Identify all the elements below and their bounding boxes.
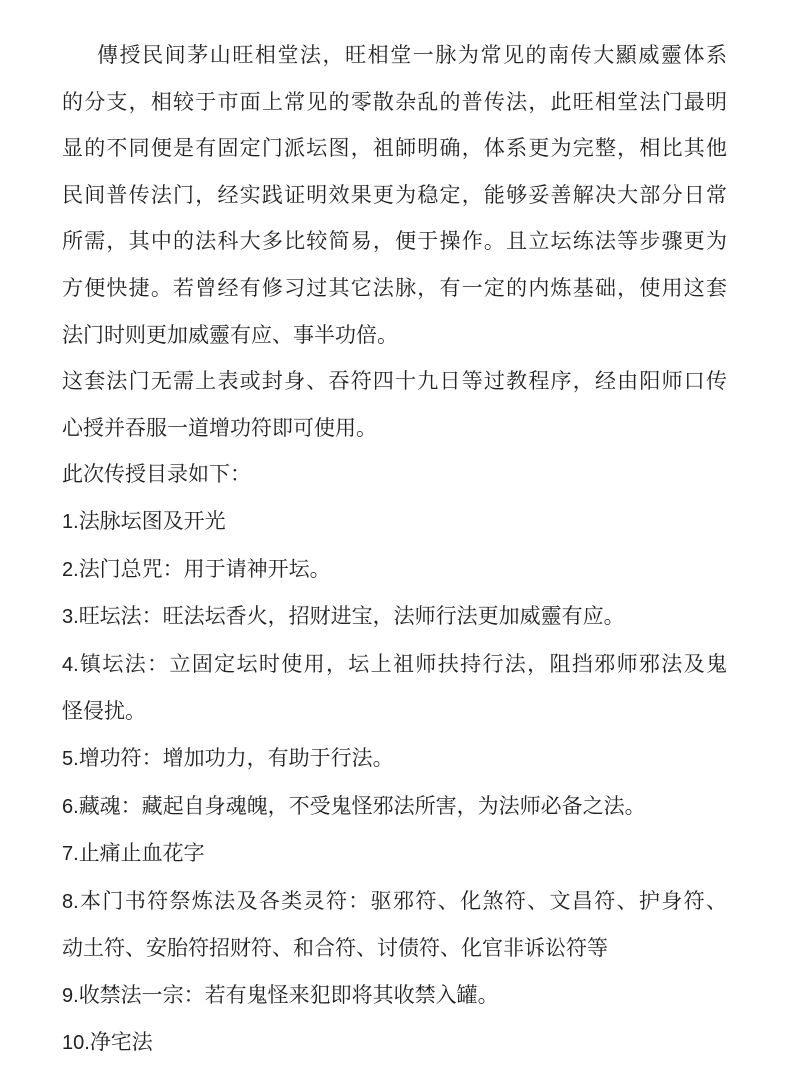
- catalog-item-8: 8.本门书符祭炼法及各类灵符：驱邪符、化煞符、文昌符、护身符、动土符、安胎符招财…: [62, 878, 727, 972]
- catalog-heading: 此次传授目录如下：: [62, 451, 727, 498]
- text-run: 增功符：增加功力，有助于行法。: [79, 746, 394, 770]
- text-line: 傳授民间茅山旺相堂法，旺相堂一脉为常见的南传大顯威靈体系: [62, 32, 727, 79]
- text-line: 法门时则更加威靈有应、事半功倍。: [62, 312, 727, 359]
- text-line: 动土符、安胎符招财符、和合符、讨债符、化官非诉讼符等: [62, 925, 727, 972]
- text-line: 2.法门总咒：用于请神开坛。: [62, 546, 727, 594]
- item-number: 3.: [62, 606, 79, 628]
- catalog-item-9: 9.收禁法一宗：若有鬼怪来犯即将其收禁入罐。: [62, 972, 727, 1020]
- text-run: 止痛止血花字: [79, 841, 205, 865]
- text-run: 旺坛法：旺法坛香火，招财进宝，法师行法更加威靈有应。: [79, 604, 625, 628]
- text-line: 3.旺坛法：旺法坛香火，招财进宝，法师行法更加威靈有应。: [62, 593, 727, 641]
- intro-paragraph: 傳授民间茅山旺相堂法，旺相堂一脉为常见的南传大顯威靈体系的分支，相较于市面上常见…: [62, 32, 727, 358]
- text-line: 8.本门书符祭炼法及各类灵符：驱邪符、化煞符、文昌符、护身符、: [62, 878, 727, 926]
- text-run: 藏魂：藏起自身魂魄，不受鬼怪邪法所害，为法师必备之法。: [79, 794, 646, 818]
- text-line: 方便快捷。若曾经有修习过其它法脉，有一定的内炼基础，使用这套: [62, 265, 727, 312]
- text-run: 怪侵扰。: [62, 699, 146, 723]
- text-run: 民间普传法门，经实践证明效果更为稳定，能够妥善解决大部分日常: [62, 183, 727, 207]
- catalog-item-10: 10.净宅法: [62, 1019, 727, 1067]
- text-line: 1.法脉坛图及开光: [62, 498, 727, 546]
- catalog-item-4: 4.镇坛法：立固定坛时使用，坛上祖师扶持行法，阻挡邪师邪法及鬼怪侵扰。: [62, 641, 727, 735]
- text-run: 镇坛法：立固定坛时使用，坛上祖师扶持行法，阻挡邪师邪法及鬼: [79, 652, 727, 676]
- text-run: 本门书符祭炼法及各类灵符：驱邪符、化煞符、文昌符、护身符、: [79, 889, 727, 913]
- catalog-item-6: 6.藏魂：藏起自身魂魄，不受鬼怪邪法所害，为法师必备之法。: [62, 783, 727, 831]
- text-run: 法脉坛图及开光: [79, 509, 226, 533]
- item-number: 5.: [62, 748, 79, 770]
- text-line: 显的不同便是有固定门派坛图，祖師明确，体系更为完整，相比其他: [62, 125, 727, 172]
- text-line: 此次传授目录如下：: [62, 451, 727, 498]
- catalog-item-7: 7.止痛止血花字: [62, 830, 727, 878]
- item-number: 4.: [62, 654, 79, 676]
- catalog-item-2: 2.法门总咒：用于请神开坛。: [62, 546, 727, 594]
- text-run: 净宅法: [90, 1030, 153, 1054]
- item-number: 7.: [62, 843, 79, 865]
- catalog-item-5: 5.增功符：增加功力，有助于行法。: [62, 735, 727, 783]
- text-run: 傳授民间茅山旺相堂法，旺相堂一脉为常见的南传大顯威靈体系: [97, 43, 727, 67]
- item-number: 1.: [62, 511, 79, 533]
- text-run: 方便快捷。若曾经有修习过其它法脉，有一定的内炼基础，使用这套: [62, 276, 727, 300]
- text-line: 的分支，相较于市面上常见的零散杂乱的普传法，此旺相堂法门最明: [62, 79, 727, 126]
- item-number: 2.: [62, 559, 79, 581]
- catalog-item-3: 3.旺坛法：旺法坛香火，招财进宝，法师行法更加威靈有应。: [62, 593, 727, 641]
- text-line: 7.止痛止血花字: [62, 830, 727, 878]
- transmission-paragraph: 这套法门无需上表或封身、吞符四十九日等过教程序，经由阳师口传心授并吞服一道增功符…: [62, 358, 727, 451]
- text-run: 所需，其中的法科大多比较简易，便于操作。且立坛练法等步骤更为: [62, 229, 727, 253]
- text-run: 这套法门无需上表或封身、吞符四十九日等过教程序，经由阳师口传: [62, 369, 727, 393]
- text-run: 心授并吞服一道增功符即可使用。: [62, 416, 377, 440]
- text-line: 4.镇坛法：立固定坛时使用，坛上祖师扶持行法，阻挡邪师邪法及鬼: [62, 641, 727, 689]
- text-line: 怪侵扰。: [62, 688, 727, 735]
- text-run: 法门总咒：用于请神开坛。: [79, 557, 331, 581]
- text-run: 显的不同便是有固定门派坛图，祖師明确，体系更为完整，相比其他: [62, 136, 727, 160]
- text-line: 5.增功符：增加功力，有助于行法。: [62, 735, 727, 783]
- text-run: 收禁法一宗：若有鬼怪来犯即将其收禁入罐。: [79, 983, 499, 1007]
- text-line: 9.收禁法一宗：若有鬼怪来犯即将其收禁入罐。: [62, 972, 727, 1020]
- text-line: 10.净宅法: [62, 1019, 727, 1067]
- item-number: 8.: [62, 891, 79, 913]
- text-run: 此次传授目录如下：: [62, 462, 251, 486]
- text-run: 法门时则更加威靈有应、事半功倍。: [62, 323, 398, 347]
- document-content: 傳授民间茅山旺相堂法，旺相堂一脉为常见的南传大顯威靈体系的分支，相较于市面上常见…: [62, 32, 727, 1067]
- item-number: 6.: [62, 796, 79, 818]
- text-line: 心授并吞服一道增功符即可使用。: [62, 405, 727, 452]
- text-line: 民间普传法门，经实践证明效果更为稳定，能够妥善解决大部分日常: [62, 172, 727, 219]
- document-page: 傳授民间茅山旺相堂法，旺相堂一脉为常见的南传大顯威靈体系的分支，相较于市面上常见…: [0, 0, 789, 1091]
- text-line: 6.藏魂：藏起自身魂魄，不受鬼怪邪法所害，为法师必备之法。: [62, 783, 727, 831]
- text-run: 动土符、安胎符招财符、和合符、讨债符、化官非诉讼符等: [62, 936, 608, 960]
- catalog-item-1: 1.法脉坛图及开光: [62, 498, 727, 546]
- text-line: 所需，其中的法科大多比较简易，便于操作。且立坛练法等步骤更为: [62, 218, 727, 265]
- text-line: 这套法门无需上表或封身、吞符四十九日等过教程序，经由阳师口传: [62, 358, 727, 405]
- item-number: 10.: [62, 1032, 90, 1054]
- item-number: 9.: [62, 985, 79, 1007]
- text-run: 的分支，相较于市面上常见的零散杂乱的普传法，此旺相堂法门最明: [62, 90, 727, 114]
